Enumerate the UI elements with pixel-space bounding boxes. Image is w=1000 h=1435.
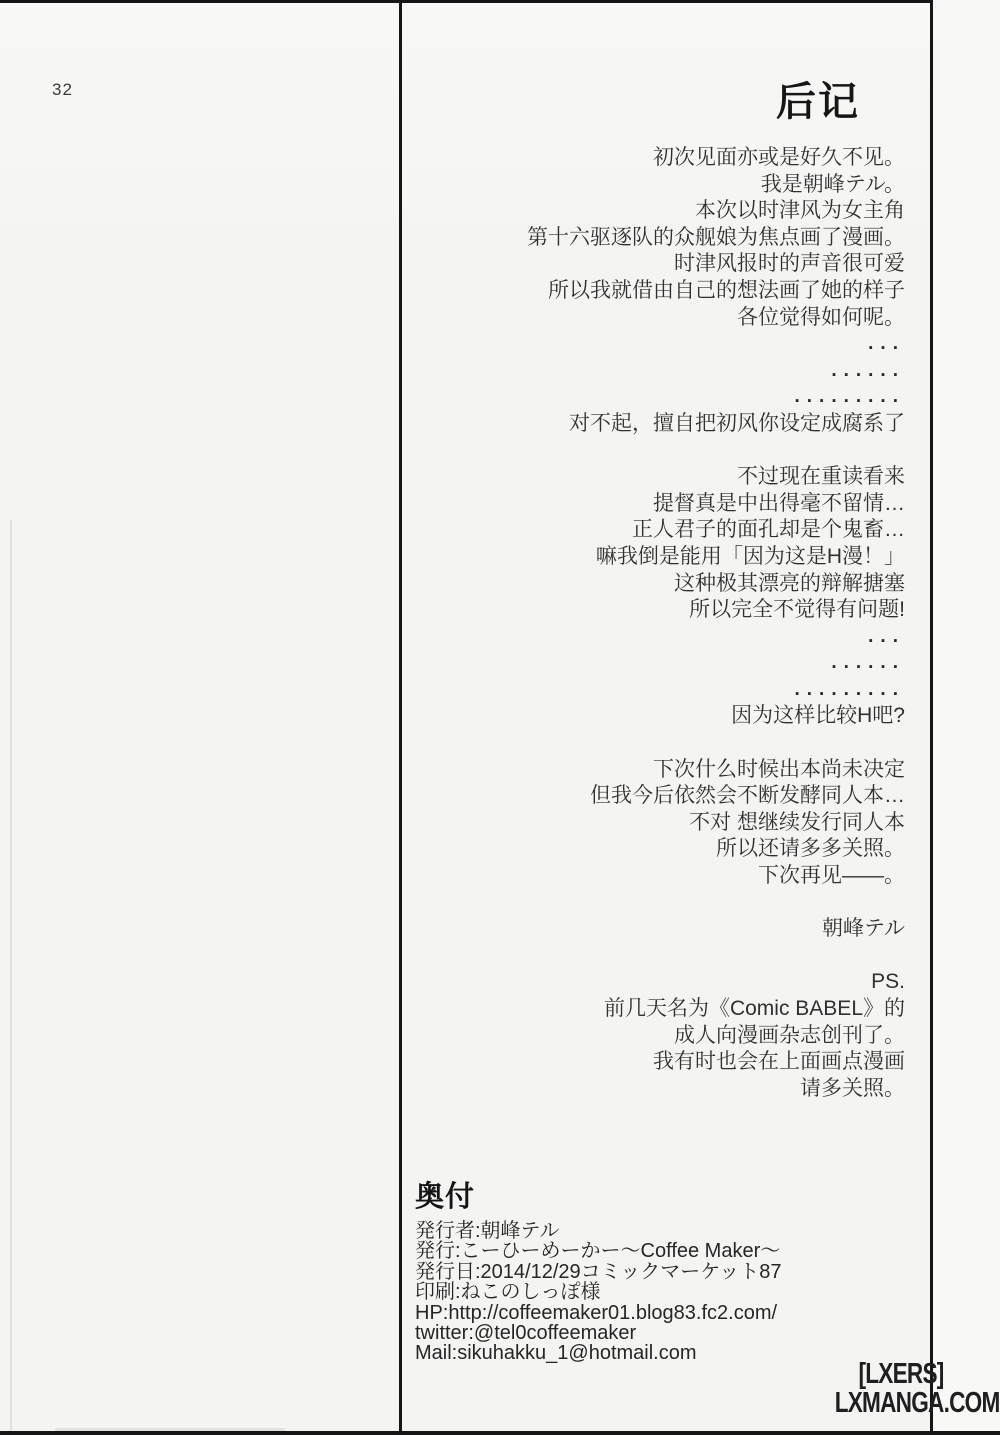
colophon-line: 発行日:2014/12/29コミックマーケット87 <box>415 1262 915 1282</box>
afterword-line: 我有时也会在上面画点漫画 <box>410 1049 905 1076</box>
afterword-line: PS. <box>410 969 905 996</box>
afterword-line: 不过现在重读看来 <box>410 464 905 491</box>
watermark: [LXERS] LXMANGA.COM <box>816 1360 986 1418</box>
afterword-line: 请多关照。 <box>410 1076 905 1103</box>
panel-border-bottom <box>0 1431 1000 1435</box>
afterword-line: 下次什么时候出本尚未决定 <box>410 757 905 784</box>
afterword-line: 第十六驱逐队的众舰娘为焦点画了漫画。 <box>410 225 905 252</box>
colophon-line: 発行:こーひーめーかー～Coffee Maker～ <box>415 1241 915 1261</box>
afterword-line: ... <box>410 331 905 358</box>
watermark-site-url: LXMANGA.COM <box>835 1389 968 1418</box>
afterword-line: ......... <box>410 677 905 704</box>
afterword-line: 所以还请多多关照。 <box>410 836 905 863</box>
afterword-line: 各位觉得如何呢。 <box>410 305 905 332</box>
afterword-line <box>410 890 905 917</box>
afterword-line: 正人君子的面孔却是个鬼畜… <box>410 517 905 544</box>
afterword-line: 成人向漫画杂志创刊了。 <box>410 1023 905 1050</box>
page-title: 后记 <box>776 70 860 127</box>
colophon: 奥付 発行者:朝峰テル発行:こーひーめーかー～Coffee Maker～発行日:… <box>415 1174 915 1364</box>
colophon-line: HP:http://coffeemaker01.blog83.fc2.com/ <box>415 1303 915 1323</box>
colophon-line: twitter:@tel0coffeemaker <box>415 1323 915 1343</box>
afterword-line: 所以完全不觉得有问题! <box>410 597 905 624</box>
afterword-line: 对不起，擅自把初风你设定成腐系了 <box>410 411 905 438</box>
afterword-line: 这种极其漂亮的辩解搪塞 <box>410 571 905 598</box>
afterword-line: 初次见面亦或是好久不见。 <box>410 145 905 172</box>
afterword-line: ...... <box>410 650 905 677</box>
panel-border-top <box>0 0 932 3</box>
afterword-line: ... <box>410 624 905 651</box>
afterword-line: 所以我就借由自己的想法画了她的样子 <box>410 278 905 305</box>
afterword-line: ...... <box>410 358 905 385</box>
afterword-line: 提督真是中出得毫不留情… <box>410 491 905 518</box>
colophon-lines: 発行者:朝峰テル発行:こーひーめーかー～Coffee Maker～発行日:201… <box>415 1221 915 1364</box>
afterword-line: 不对 想继续发行同人本 <box>410 810 905 837</box>
afterword-line: 本次以时津风为女主角 <box>410 198 905 225</box>
afterword-line: 前几天名为《Comic BABEL》的 <box>410 996 905 1023</box>
colophon-line: 発行者:朝峰テル <box>415 1221 915 1241</box>
scanned-manga-afterword-page: 32 后记 初次见面亦或是好久不见。我是朝峰テル。本次以时津风为女主角第十六驱逐… <box>0 0 1000 1435</box>
afterword-line: 嘛我倒是能用「因为这是H漫！」 <box>410 544 905 571</box>
panel-border-left <box>399 0 402 1435</box>
panel-border-right <box>930 0 933 1435</box>
afterword-line: 朝峰テル <box>410 916 905 943</box>
watermark-site-tag: [LXERS] <box>835 1360 968 1389</box>
afterword-line: 但我今后依然会不断发酵同人本… <box>410 783 905 810</box>
afterword-line: 因为这样比较H吧? <box>410 703 905 730</box>
afterword-line: 下次再见——。 <box>410 863 905 890</box>
page-right-margin <box>933 0 1000 1435</box>
page-number: 32 <box>52 80 73 100</box>
colophon-line: 印刷:ねこのしっぽ様 <box>415 1282 915 1302</box>
afterword-line <box>410 943 905 970</box>
colophon-heading: 奥付 <box>415 1174 915 1215</box>
afterword-line: 时津风报时的声音很可爱 <box>410 251 905 278</box>
afterword-line: 我是朝峰テル。 <box>410 172 905 199</box>
afterword-line <box>410 730 905 757</box>
afterword-text: 初次见面亦或是好久不见。我是朝峰テル。本次以时津风为女主角第十六驱逐队的众舰娘为… <box>410 145 905 1102</box>
afterword-line: ......... <box>410 384 905 411</box>
afterword-line <box>410 438 905 465</box>
scan-scratch-artifact <box>10 520 12 1435</box>
